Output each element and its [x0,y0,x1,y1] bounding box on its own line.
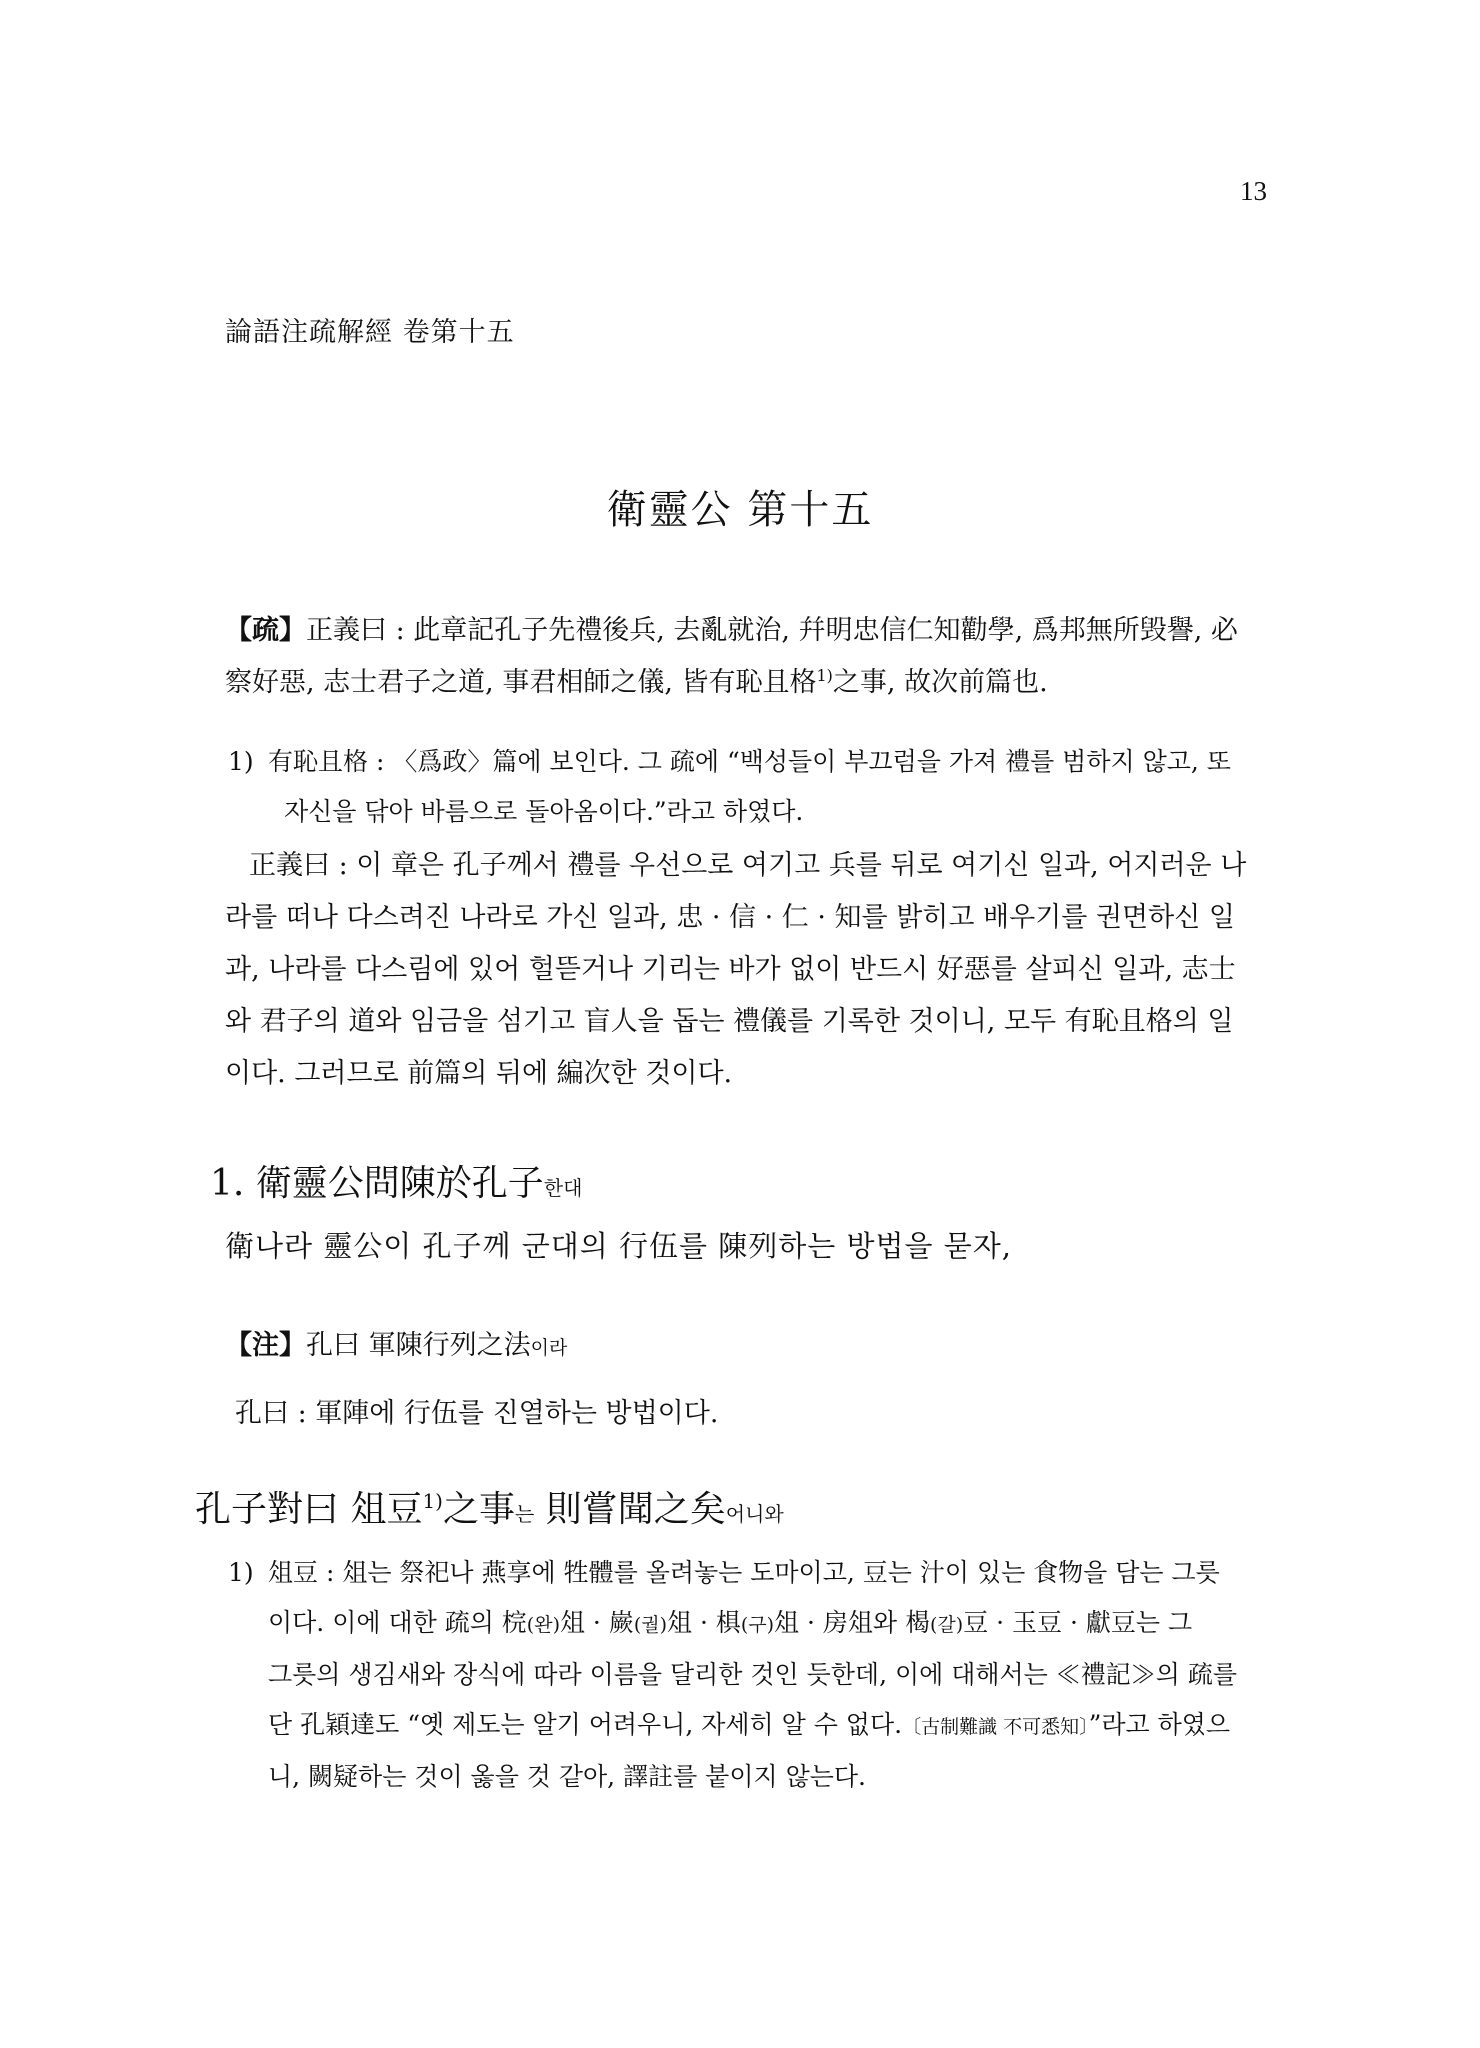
footnote-number: 1) [228,1548,268,1598]
running-head: 論語注疏解經 卷第十五 [225,310,515,349]
zhu-tag: 【注】 [225,1330,306,1361]
footnote-ref[interactable]: 1) [422,1489,443,1513]
chapter-title: 衛靈公 第十五 [0,478,1480,535]
shu-line-1: 【疏】正義曰 : 此章記孔子先禮後兵, 去亂就治, 幷明忠信仁知勸學, 爲邦無所… [225,605,1280,657]
shu-tag: 【疏】 [225,615,306,646]
footnote-number: 1) [228,737,268,787]
zhu-translation: 孔曰 : 軍陣에 行伍를 진열하는 방법이다. [235,1388,1290,1440]
zhu-paragraph: 【注】孔曰 軍陳行列之法이라 [225,1320,1280,1374]
footnote-1: 1)有恥且格 : 〈爲政〉篇에 보인다. 그 疏에 “백성들이 부끄럼을 가져 … [228,737,1283,837]
section-1-translation: 衛나라 靈公이 孔子께 군대의 行伍를 陳列하는 방법을 묻자, [225,1222,1012,1270]
footnote-2: 1)俎豆 : 俎는 祭祀나 燕享에 牲體를 올려놓는 도마이고, 豆는 汁이 있… [228,1548,1283,1802]
footnote-ref[interactable]: 1) [817,666,833,685]
shu-paragraph: 【疏】正義曰 : 此章記孔子先禮後兵, 去亂就治, 幷明忠信仁知勸學, 爲邦無所… [225,605,1280,709]
shu-translation: 正義曰 : 이 章은 孔子께서 禮를 우선으로 여기고 兵를 뒤로 여기신 일과… [225,840,1280,1100]
shu-line-2: 察好惡, 志士君子之道, 事君相師之儀, 皆有恥且格1)之事, 故次前篇也. [225,657,1280,709]
page-number: 13 [1240,176,1267,207]
section-2-heading: 孔子對曰 俎豆1)之事는 則嘗聞之矣어니와 [195,1486,784,1538]
section-1-heading: 1. 衛靈公問陳於孔子한대 [210,1160,582,1212]
